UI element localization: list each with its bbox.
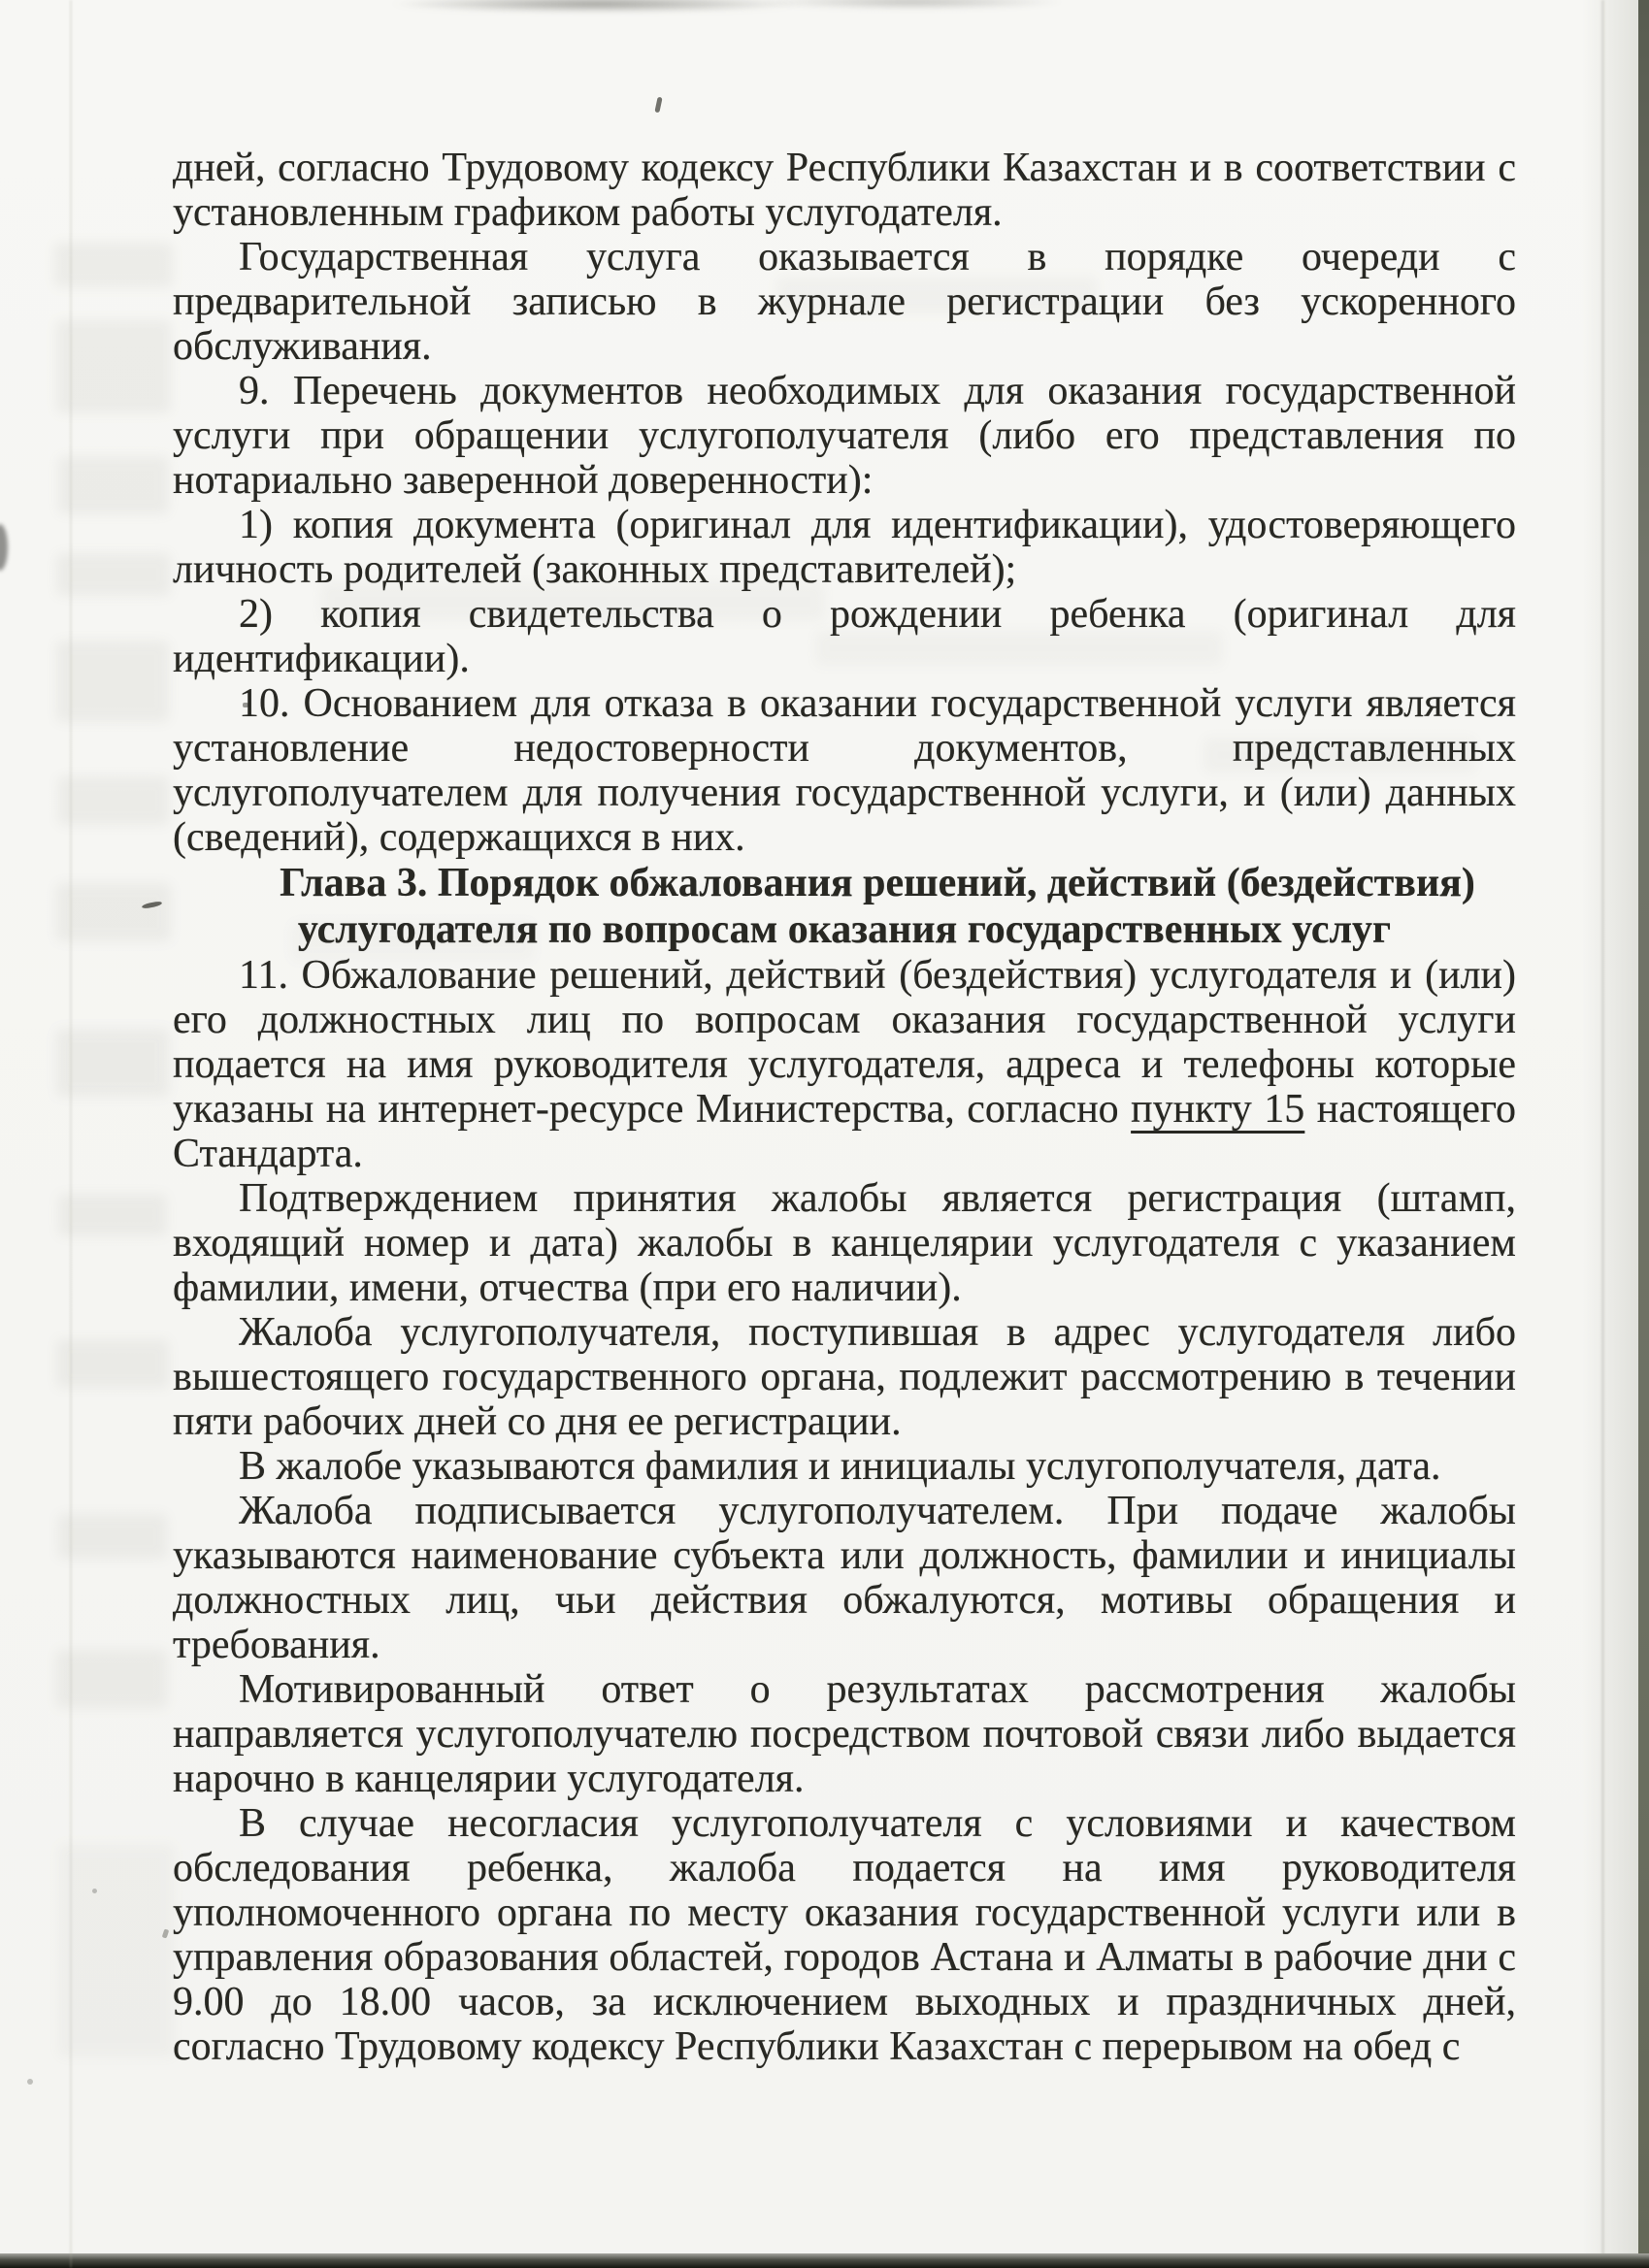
bleedthrough-smudge (56, 883, 171, 941)
scan-speck (0, 524, 8, 571)
scan-fold-line (70, 0, 72, 2268)
bleedthrough-smudge (58, 776, 169, 825)
bleedthrough-smudge (58, 1194, 167, 1236)
scan-speck (654, 97, 662, 114)
para-queue-order: Государственная услуга оказывается в пор… (173, 235, 1516, 369)
bleedthrough-smudge (56, 1650, 167, 1708)
bleedthrough-smudge (54, 243, 173, 287)
scan-right-shadow-soft (1582, 0, 1638, 2268)
chapter-3-heading: Глава 3. Порядок обжалования решений, де… (173, 860, 1516, 953)
bleedthrough-smudge (56, 641, 169, 722)
para-work-schedule: дней, согласно Трудовому кодексу Республ… (173, 146, 1516, 235)
bleedthrough-smudge (58, 1844, 175, 2057)
scan-top-smudge (757, 0, 1068, 10)
para-9-item-2: 2) копия свидетельства о рождении ребенк… (173, 592, 1516, 681)
para-9-documents-list: 9. Перечень документов необходимых для о… (173, 369, 1516, 503)
scan-paper-background: дней, согласно Трудовому кодексу Республ… (0, 0, 1649, 2268)
para-review-term: Жалоба услугополучателя, поступившая в а… (173, 1310, 1516, 1444)
scan-speck (92, 1889, 97, 1893)
para-10-refusal-grounds: 10. Основанием для отказа в оказании гос… (173, 681, 1516, 860)
para-complaint-details: В жалобе указываются фамилия и инициалы … (173, 1444, 1516, 1489)
bleedthrough-smudge (56, 553, 171, 596)
scanned-document-page: { "doc": { "paragraphs": { "p_work_sched… (0, 0, 1649, 2268)
punkt-15-reference: пункту 15 (1131, 1087, 1304, 1132)
para-motivated-reply: Мотивированный ответ о результатах рассм… (173, 1667, 1516, 1801)
scan-bottom-edge (0, 2253, 1649, 2268)
para-9-item-1: 1) копия документа (оригинал для идентиф… (173, 503, 1516, 592)
para-complaint-confirmation: Подтверждением принятия жалобы является … (173, 1176, 1516, 1310)
bleedthrough-smudge (56, 1029, 169, 1097)
para-disagreement-procedure: В случае несогласия услугополучателя с у… (173, 1801, 1516, 2069)
para-11-appeal: 11. Обжалование решений, действий (безде… (173, 953, 1516, 1176)
scan-speck (27, 2079, 33, 2085)
scan-right-edge (1638, 0, 1649, 2268)
scan-right-streak (1601, 0, 1604, 2268)
bleedthrough-smudge (56, 320, 171, 413)
para-complaint-signature: Жалоба подписывается услугополучателем. … (173, 1489, 1516, 1667)
document-text-block: дней, согласно Трудовому кодексу Республ… (173, 146, 1516, 2069)
bleedthrough-smudge (58, 1514, 167, 1559)
bleedthrough-smudge (58, 456, 169, 514)
bleedthrough-smudge (56, 1339, 169, 1388)
scan-top-smudge (388, 0, 806, 13)
